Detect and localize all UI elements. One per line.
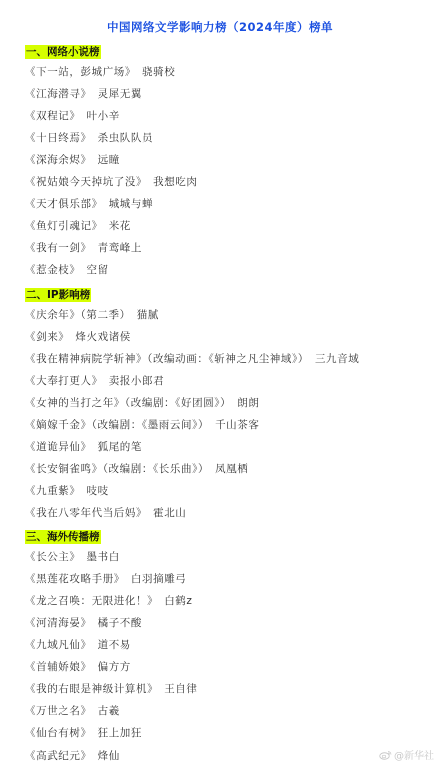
author-name: 我想吃肉: [153, 176, 197, 188]
author-name: 白羽摘雕弓: [131, 573, 187, 585]
weibo-icon: [379, 750, 392, 760]
author-name: 烽仙: [98, 750, 120, 762]
author-name: 青鸾峰上: [98, 242, 142, 254]
work-title: 《万世之名》: [25, 705, 92, 717]
section-heading-web-novels: 一、网络小说榜: [25, 39, 435, 61]
list-item: 《仙台有树》狂上加狂: [25, 722, 435, 744]
work-title: 《女神的当打之年》（改编剧：《好团圆》）: [25, 397, 231, 409]
author-name: 朗朗: [237, 397, 259, 409]
list-item: 《剑来》烽火戏诸侯: [25, 326, 435, 348]
work-title: 《深海余烬》: [25, 154, 92, 166]
list-item: 《高武纪元》烽仙: [25, 745, 435, 767]
ranking-list: 一、网络小说榜 《下一站，彭城广场》骁骑校 《江海潜寻》灵犀无翼 《双程记》叶小…: [25, 39, 435, 767]
author-name: 远瞳: [98, 154, 120, 166]
author-name: 千山茶客: [215, 419, 259, 431]
list-item: 《大奉打更人》卖报小郎君: [25, 370, 435, 392]
work-title: 《祝姑娘今天掉坑了没》: [25, 176, 147, 188]
list-item: 《鱼灯引魂记》米花: [25, 215, 435, 237]
work-title: 《庆余年》（第二季）: [25, 309, 131, 321]
work-title: 《鱼灯引魂记》: [25, 220, 103, 232]
author-name: 米花: [109, 220, 131, 232]
author-name: 狂上加狂: [98, 727, 142, 739]
section-heading-overseas: 三、海外传播榜: [25, 524, 435, 546]
work-title: 《大奉打更人》: [25, 375, 103, 387]
list-item: 《下一站，彭城广场》骁骑校: [25, 61, 435, 83]
list-item: 《庆余年》（第二季）猫腻: [25, 304, 435, 326]
section-heading-label: 二、IP影响榜: [25, 288, 91, 302]
author-name: 空留: [87, 264, 109, 276]
work-title: 《江海潜寻》: [25, 88, 92, 100]
list-item: 《我在八零年代当后妈》霍北山: [25, 502, 435, 524]
author-name: 古羲: [98, 705, 120, 717]
author-name: 卖报小郎君: [109, 375, 165, 387]
work-title: 《长公主》: [25, 551, 81, 563]
page-title: 中国网络文学影响力榜（2024年度）榜单: [0, 18, 440, 36]
ranking-document: 中国网络文学影响力榜（2024年度）榜单 一、网络小说榜 《下一站，彭城广场》骁…: [0, 0, 440, 768]
work-title: 《我在精神病院学斩神》（改编动画：《斩神之凡尘神域》）: [25, 353, 309, 365]
list-item: 《我的右眼是神级计算机》王自律: [25, 678, 435, 700]
section-heading-label: 三、海外传播榜: [25, 530, 101, 544]
work-title: 《我的右眼是神级计算机》: [25, 683, 158, 695]
work-title: 《河清海晏》: [25, 617, 92, 629]
work-title: 《天才俱乐部》: [25, 198, 103, 210]
list-item: 《黑莲花攻略手册》白羽摘雕弓: [25, 568, 435, 590]
work-title: 《仙台有树》: [25, 727, 92, 739]
work-title: 《长安铜雀鸣》（改编剧：《长乐曲》）: [25, 463, 209, 475]
list-item: 《长安铜雀鸣》（改编剧：《长乐曲》）凤凰栖: [25, 458, 435, 480]
list-item: 《女神的当打之年》（改编剧：《好团圆》）朗朗: [25, 392, 435, 414]
work-title: 《道诡异仙》: [25, 441, 92, 453]
author-name: 灵犀无翼: [98, 88, 142, 100]
list-item: 《十日终焉》杀虫队队员: [25, 127, 435, 149]
list-item: 《首辅娇娘》偏方方: [25, 656, 435, 678]
work-title: 《黑莲花攻略手册》: [25, 573, 125, 585]
author-name: 杀虫队队员: [98, 132, 154, 144]
author-name: 道不易: [98, 639, 131, 651]
list-item: 《嫡嫁千金》（改编剧：《墨雨云间》）千山茶客: [25, 414, 435, 436]
list-item: 《双程记》叶小辛: [25, 105, 435, 127]
author-name: 城城与蝉: [109, 198, 153, 210]
author-name: 偏方方: [98, 661, 131, 673]
work-title: 《九重紫》: [25, 485, 81, 497]
list-item: 《天才俱乐部》城城与蝉: [25, 193, 435, 215]
author-name: 吱吱: [87, 485, 109, 497]
list-item: 《我有一剑》青鸾峰上: [25, 237, 435, 259]
author-name: 橘子不酸: [98, 617, 142, 629]
list-item: 《道诡异仙》狐尾的笔: [25, 436, 435, 458]
work-title: 《剑来》: [25, 331, 69, 343]
author-name: 墨书白: [87, 551, 120, 563]
author-name: 叶小辛: [87, 110, 120, 122]
work-title: 《十日终焉》: [25, 132, 92, 144]
work-title: 《龙之召唤：无限进化！》: [25, 595, 158, 607]
list-item: 《江海潜寻》灵犀无翼: [25, 83, 435, 105]
author-name: 猫腻: [137, 309, 159, 321]
list-item: 《祝姑娘今天掉坑了没》我想吃肉: [25, 171, 435, 193]
work-title: 《九域凡仙》: [25, 639, 92, 651]
list-item: 《万世之名》古羲: [25, 700, 435, 722]
list-item: 《深海余烬》远瞳: [25, 149, 435, 171]
section-heading-label: 一、网络小说榜: [25, 45, 101, 59]
author-name: 凤凰栖: [215, 463, 248, 475]
list-item: 《九域凡仙》道不易: [25, 634, 435, 656]
author-name: 王自律: [164, 683, 197, 695]
work-title: 《高武纪元》: [25, 750, 92, 762]
watermark: @新华社: [379, 747, 434, 762]
author-name: 狐尾的笔: [98, 441, 142, 453]
work-title: 《下一站，彭城广场》: [25, 66, 136, 78]
list-item: 《龙之召唤：无限进化！》白鹤z: [25, 590, 435, 612]
author-name: 白鹤z: [164, 595, 192, 607]
section-heading-ip-influence: 二、IP影响榜: [25, 282, 435, 304]
author-name: 霍北山: [153, 507, 186, 519]
watermark-text: @新华社: [394, 747, 434, 762]
work-title: 《惹金枝》: [25, 264, 81, 276]
work-title: 《首辅娇娘》: [25, 661, 92, 673]
list-item: 《长公主》墨书白: [25, 546, 435, 568]
author-name: 三九音域: [315, 353, 359, 365]
list-item: 《我在精神病院学斩神》（改编动画：《斩神之凡尘神域》）三九音域: [25, 348, 435, 370]
author-name: 骁骑校: [142, 66, 175, 78]
list-item: 《惹金枝》空留: [25, 259, 435, 281]
work-title: 《嫡嫁千金》（改编剧：《墨雨云间》）: [25, 419, 209, 431]
work-title: 《双程记》: [25, 110, 81, 122]
author-name: 烽火戏诸侯: [75, 331, 131, 343]
work-title: 《我在八零年代当后妈》: [25, 507, 147, 519]
list-item: 《九重紫》吱吱: [25, 480, 435, 502]
list-item: 《河清海晏》橘子不酸: [25, 612, 435, 634]
work-title: 《我有一剑》: [25, 242, 92, 254]
